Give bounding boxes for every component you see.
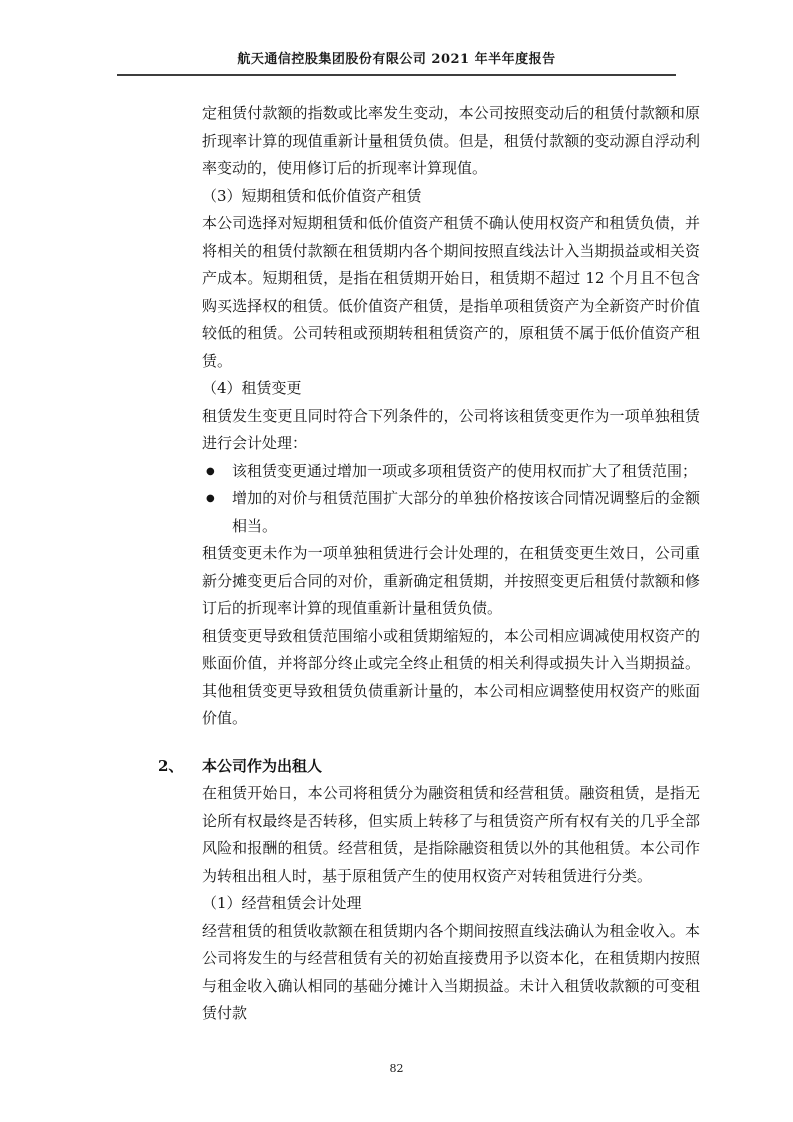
bullet-text: 增加的对价与租赁范围扩大部分的单独价格按该合同情况调整后的金额相当。 [232,489,700,535]
section2-number: 2、 [158,753,202,781]
bullet-icon: ● [206,485,215,513]
section4-heading: （4）租赁变更 [202,375,700,403]
page-footer: 82 [0,1062,793,1075]
bullet-text: 该租赁变更通过增加一项或多项租赁资产的使用权而扩大了租赁范围； [232,462,697,480]
section2-title: 本公司作为出租人 [202,753,322,781]
content-area: 定租赁付款额的指数或比率发生变动，本公司按照变动后的租赁付款额和原折现率计算的现… [202,100,700,1028]
subsection1-paragraph: 经营租赁的租赁收款额在租赁期内各个期间按照直线法确认为租金收入。本公司将发生的与… [202,918,700,1028]
document-title: 航天通信控股集团股份有限公司 2021 年半年度报告 [237,52,555,67]
bullet-icon: ● [206,458,215,486]
continuation-paragraph: 定租赁付款额的指数或比率发生变动，本公司按照变动后的租赁付款额和原折现率计算的现… [202,100,700,183]
bullet-item: ● 增加的对价与租赁范围扩大部分的单独价格按该合同情况调整后的金额相当。 [202,485,700,540]
document-page: 航天通信控股集团股份有限公司 2021 年半年度报告 定租赁付款额的指数或比率发… [0,0,793,1122]
section4-intro-paragraph: 租赁发生变更且同时符合下列条件的，公司将该租赁变更作为一项单独租赁进行会计处理： [202,403,700,458]
section2-heading-row: 2、 本公司作为出租人 [158,753,700,781]
section3-heading: （3）短期租赁和低价值资产租赁 [202,183,700,211]
section4-paragraph3: 租赁变更导致租赁范围缩小或租赁期缩短的，本公司相应调减使用权资产的账面价值，并将… [202,623,700,733]
section3-paragraph: 本公司选择对短期租赁和低价值资产租赁不确认使用权资产和租赁负债，并将相关的租赁付… [202,210,700,375]
section4-paragraph2: 租赁变更未作为一项单独租赁进行会计处理的，在租赁变更生效日，公司重新分摊变更后合… [202,540,700,623]
page-number: 82 [390,1062,404,1075]
document-header: 航天通信控股集团股份有限公司 2021 年半年度报告 [117,48,676,67]
header-rule [117,74,676,76]
section2-paragraph: 在租赁开始日，本公司将租赁分为融资租赁和经营租赁。融资租赁，是指无论所有权最终是… [202,780,700,890]
subsection1-heading: （1）经营租赁会计处理 [202,890,700,918]
bullet-list: ● 该租赁变更通过增加一项或多项租赁资产的使用权而扩大了租赁范围； ● 增加的对… [202,458,700,541]
bullet-item: ● 该租赁变更通过增加一项或多项租赁资产的使用权而扩大了租赁范围； [202,458,700,486]
